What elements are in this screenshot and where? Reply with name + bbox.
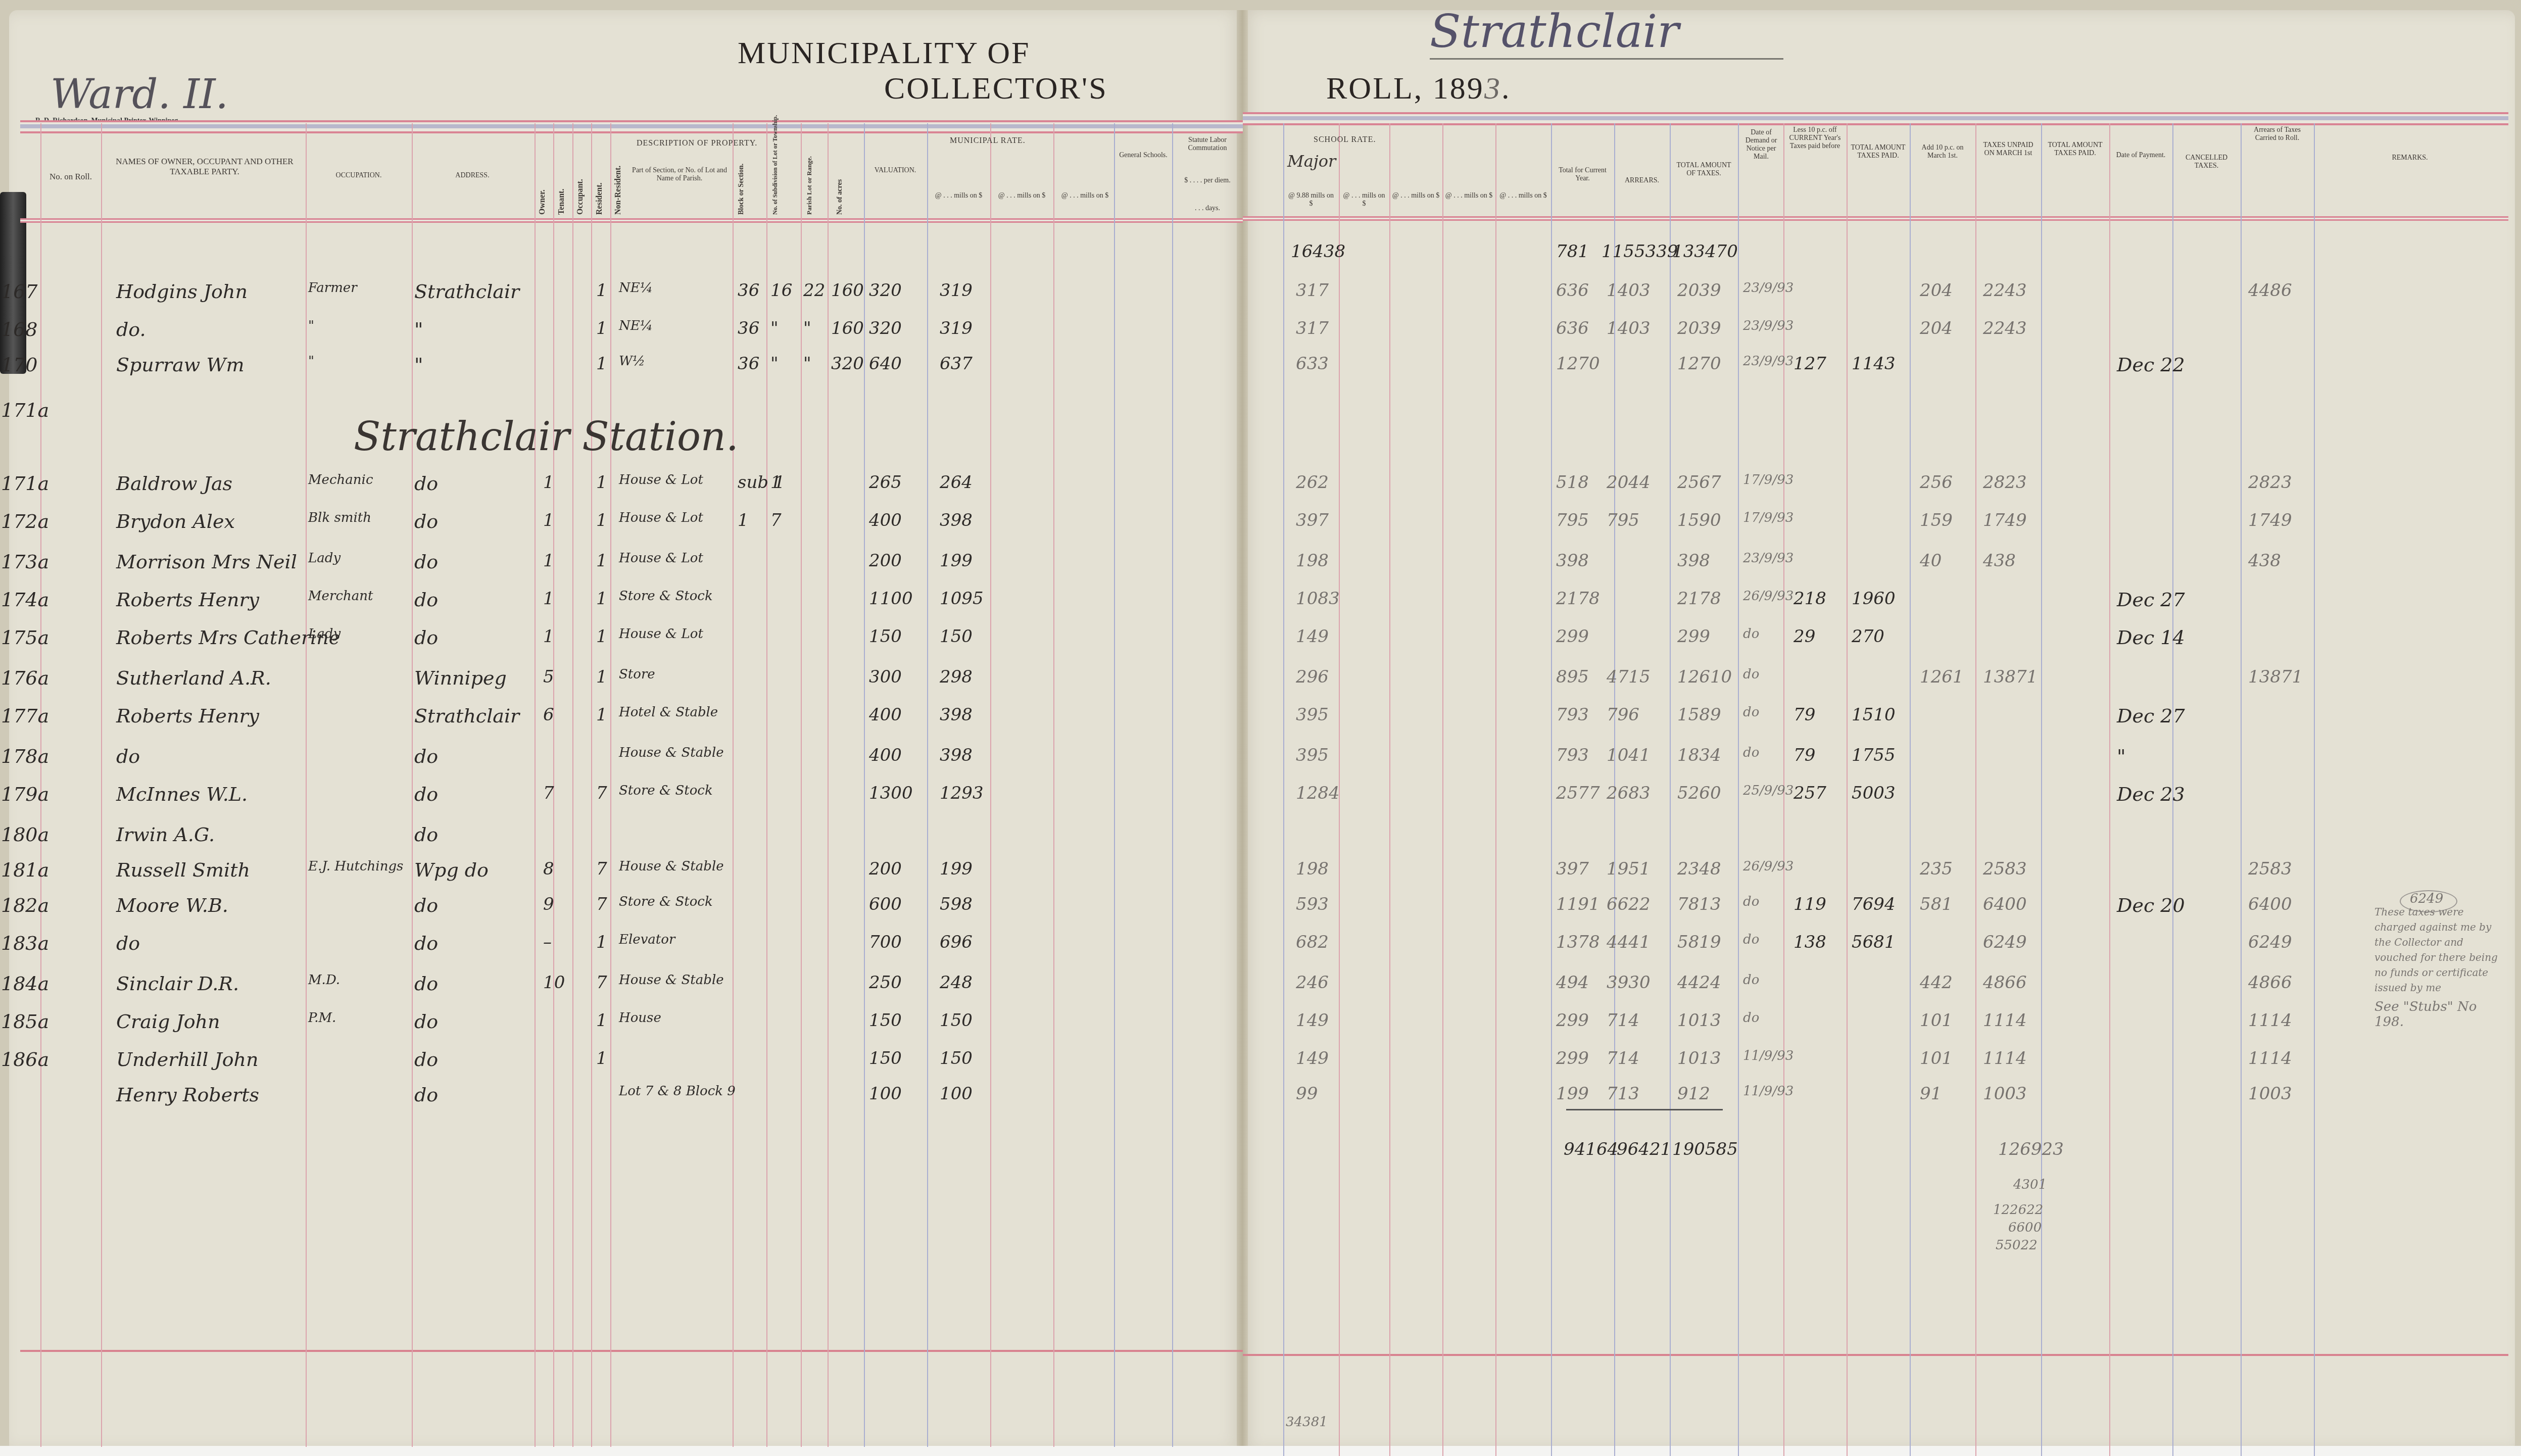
header-less-10pc: Less 10 p.c. off CURRENT Year's Taxes pa… — [1786, 126, 1844, 151]
cell-school: 317 — [1296, 318, 1329, 338]
cell-total-taxes: 1834 — [1677, 745, 1721, 765]
cell-total-current: 793 — [1556, 705, 1589, 725]
cell-municipal: 150 — [940, 1048, 973, 1069]
cell-occupation: Merchant — [308, 589, 373, 604]
cell-own: – — [543, 932, 552, 952]
cell-own: 7 — [543, 783, 554, 803]
header-occupation: OCCUPATION. — [311, 172, 407, 180]
cell-name: Irwin A.G. — [116, 823, 215, 846]
cell-roll: 179a — [1, 783, 49, 805]
cell-arrears-carried: 1003 — [2248, 1084, 2292, 1104]
cell-add10: 101 — [1920, 1048, 1953, 1069]
header-mills-2: @ . . . mills on $ — [993, 192, 1051, 200]
cell-municipal: 100 — [940, 1084, 973, 1104]
footer-rule-right — [1243, 1354, 2508, 1356]
cell-arrears: 1951 — [1607, 859, 1651, 879]
cell-part: House & Stable — [619, 973, 724, 988]
header-non-resident: Non-Resident. — [614, 166, 623, 215]
cell-name: Henry Roberts — [116, 1084, 259, 1106]
cell-demand: 26/9/93 — [1743, 589, 1793, 604]
cell-demand: do — [1743, 705, 1759, 720]
cell-total-current: 895 — [1556, 667, 1589, 687]
title-collectors: COLLECTOR'S — [884, 71, 1108, 107]
cell-school: 198 — [1296, 859, 1329, 879]
cell-res: 1 — [596, 510, 607, 530]
header-no-on-roll: No. on Roll. — [45, 172, 96, 182]
header-band-right — [1243, 112, 2508, 127]
header-date-of-payment: Date of Payment. — [2112, 152, 2170, 160]
cell-arrears: 714 — [1607, 1048, 1639, 1069]
cell-res: 1 — [596, 626, 607, 647]
cell-municipal: 264 — [940, 472, 973, 493]
cell-pay-date: Dec 14 — [2117, 626, 2185, 649]
cell-address: do — [414, 1010, 438, 1033]
roll-label: ROLL, 189 — [1326, 71, 1484, 106]
cell-address: do — [414, 745, 438, 767]
cell-municipal: 199 — [940, 551, 973, 571]
cell-demand: 26/9/93 — [1743, 859, 1793, 874]
cell-own: 1 — [543, 472, 554, 493]
cell-sub: " — [770, 354, 779, 374]
cell-unpaid: 1114 — [1983, 1048, 2027, 1069]
cell-unpaid: 13871 — [1983, 667, 2038, 687]
cell-name: Roberts Mrs Catherine — [116, 626, 340, 649]
header-no-of-acres: No. of acres — [836, 179, 844, 215]
header-total-taxes-paid-2: TOTAL AMOUNT TAXES PAID. — [2044, 141, 2107, 158]
cell-paid: 1755 — [1852, 745, 1896, 765]
cell-address: do — [414, 626, 438, 649]
cell-roll: 168 — [1, 318, 38, 341]
header-taxes-unpaid: TAXES UNPAID ON MARCH 1st — [1978, 141, 2039, 158]
cell-total-current: 518 — [1556, 472, 1589, 493]
cell-arrears-carried: 6249 — [2248, 932, 2292, 952]
cell-demand: do — [1743, 626, 1759, 642]
cell-valuation: 200 — [869, 859, 902, 879]
header-add-10pc: Add 10 p.c. on March 1st. — [1912, 144, 1973, 160]
cell-arrears: 2044 — [1607, 472, 1651, 493]
cell-less: 79 — [1793, 705, 1815, 725]
cell-name: Sinclair D.R. — [116, 973, 239, 995]
cell-own: 9 — [543, 894, 554, 914]
header-school-mills-2: @ . . . mills on $ — [1341, 192, 1387, 208]
cell-municipal: 398 — [940, 705, 973, 725]
ledger-book: MUNICIPALITY OF COLLECTOR'S ROLL, 1893. … — [0, 0, 2521, 1456]
cell-address: do — [414, 973, 438, 995]
cell-unpaid: 6249 — [1983, 932, 2027, 952]
cell-occupation: " — [308, 354, 314, 369]
remarks-note-2: See "Stubs" No 198. — [2374, 999, 2506, 1030]
cell-address: Strathclair — [414, 705, 519, 727]
cell-occupation: Mechanic — [308, 472, 373, 488]
left-page — [9, 10, 1242, 1450]
cell-arrears-carried: 1114 — [2248, 1010, 2292, 1031]
school-district-name: Major — [1287, 152, 1336, 171]
cell-paid: 7694 — [1852, 894, 1896, 914]
cell-own: 6 — [543, 705, 554, 725]
cell-valuation: 400 — [869, 510, 902, 530]
cell-arrears: 795 — [1607, 510, 1639, 530]
cell-address: do — [414, 472, 438, 495]
cell-less: 138 — [1793, 932, 1826, 952]
cell-municipal: 248 — [940, 973, 973, 993]
cell-part: W½ — [619, 354, 645, 369]
carry-arrears: 1155339 — [1602, 241, 1678, 262]
cell-res: 1 — [596, 1048, 607, 1069]
header-school-mills-4: @ . . . mills on $ — [1445, 192, 1493, 200]
cell-total-taxes: 5260 — [1677, 783, 1721, 803]
cell-address: " — [414, 318, 423, 341]
cell-unpaid: 2583 — [1983, 859, 2027, 879]
cell-part: NE¼ — [619, 280, 653, 296]
cell-part: NE¼ — [619, 318, 653, 333]
cell-school: 296 — [1296, 667, 1329, 687]
cell-occupation: " — [308, 318, 314, 333]
cell-parish: " — [803, 354, 811, 374]
cell-arrears-carried: 2583 — [2248, 859, 2292, 879]
cell-add10: 40 — [1920, 551, 1942, 571]
cell-occupation: Blk smith — [308, 510, 371, 525]
cell-total-current: 2178 — [1556, 589, 1600, 609]
cell-valuation: 250 — [869, 973, 902, 993]
cell-occupation: M.D. — [308, 973, 340, 988]
cell-municipal: 696 — [940, 932, 973, 952]
cell-own: 1 — [543, 510, 554, 530]
header-occupant: Occupant. — [576, 179, 585, 215]
cell-arrears: 6622 — [1607, 894, 1651, 914]
cell-res: 1 — [596, 705, 607, 725]
cell-part: Elevator — [619, 932, 675, 947]
cell-own: 1 — [543, 589, 554, 609]
cell-roll: 176a — [1, 667, 49, 689]
cell-roll: 171a — [1, 399, 49, 421]
cell-school: 198 — [1296, 551, 1329, 571]
book-gutter — [1237, 10, 1248, 1450]
cell-school: 682 — [1296, 932, 1329, 952]
cell-part: House & Lot — [619, 551, 703, 566]
title-municipality-of: MUNICIPALITY OF — [738, 35, 1031, 71]
cell-res: 7 — [596, 859, 607, 879]
cell-valuation: 1100 — [869, 589, 913, 609]
cell-valuation: 320 — [869, 280, 902, 301]
cell-valuation: 600 — [869, 894, 902, 914]
cell-roll: 181a — [1, 859, 49, 881]
cell-valuation: 150 — [869, 626, 902, 647]
cell-school: 593 — [1296, 894, 1329, 914]
ward-label: Ward. II. — [51, 71, 228, 118]
header-address: ADDRESS. — [417, 172, 528, 180]
cell-add10: 1261 — [1920, 667, 1964, 687]
header-resident: Resident. — [595, 182, 604, 215]
header-total-taxes-paid: TOTAL AMOUNT TAXES PAID. — [1849, 144, 1907, 160]
cell-arrears: 796 — [1607, 705, 1639, 725]
cell-arrears-carried: 4866 — [2248, 973, 2292, 993]
cell-valuation: 400 — [869, 705, 902, 725]
cell-arrears: 1403 — [1607, 318, 1651, 338]
cell-total-current: 1191 — [1556, 894, 1600, 914]
cell-block: 1 — [738, 510, 749, 530]
cell-municipal: 150 — [940, 1010, 973, 1031]
cell-less: 119 — [1793, 894, 1826, 914]
cell-name: Russell Smith — [116, 859, 250, 881]
header-names: NAMES OF OWNER, OCCUPANT AND OTHER TAXAB… — [109, 157, 301, 177]
cell-unpaid: 2243 — [1983, 318, 2027, 338]
cell-total-taxes: 12610 — [1677, 667, 1732, 687]
cell-block: 36 — [738, 280, 759, 301]
cell-pay-date: " — [2117, 745, 2125, 767]
cell-part: House — [619, 1010, 661, 1026]
cell-address: do — [414, 823, 438, 846]
cell-address: do — [414, 589, 438, 611]
cell-school: 262 — [1296, 472, 1329, 493]
cell-school: 633 — [1296, 354, 1329, 374]
cell-arrears: 4715 — [1607, 667, 1651, 687]
cell-part: Hotel & Stable — [619, 705, 718, 720]
cell-school: 395 — [1296, 705, 1329, 725]
cell-address: Winnipeg — [414, 667, 507, 689]
cell-arrears: 3930 — [1607, 973, 1651, 993]
cell-total-current: 199 — [1556, 1084, 1589, 1104]
total-unpaid: 126923 — [1998, 1139, 2064, 1159]
cell-municipal: 637 — [940, 354, 973, 374]
header-part-of-section: Part of Section, or No. of Lot and Name … — [629, 167, 730, 183]
cell-roll: 178a — [1, 745, 49, 767]
cell-roll: 170 — [1, 354, 38, 376]
cell-demand: 17/9/93 — [1743, 472, 1793, 488]
cell-own: 1 — [543, 551, 554, 571]
cell-total-taxes: 1590 — [1677, 510, 1721, 530]
cell-valuation: 265 — [869, 472, 902, 493]
cell-school: 99 — [1296, 1084, 1318, 1104]
total-arrears: 96421 — [1617, 1139, 1671, 1159]
cell-part: House & Lot — [619, 472, 703, 488]
cell-demand: do — [1743, 745, 1759, 760]
header-total-current-year: Total for Current Year. — [1554, 167, 1612, 183]
cell-own: 10 — [543, 973, 565, 993]
carry-total-current: 781 — [1556, 241, 1589, 262]
cell-roll: 171a — [1, 472, 49, 495]
header-date-of-demand: Date of Demand or Notice per Mail. — [1740, 129, 1782, 161]
footer-number: 34381 — [1286, 1415, 1328, 1430]
cell-arrears: 1041 — [1607, 745, 1651, 765]
cell-roll: 182a — [1, 894, 49, 916]
cell-name: Roberts Henry — [116, 589, 259, 611]
cell-unpaid: 2243 — [1983, 280, 2027, 301]
cell-add10: 235 — [1920, 859, 1953, 879]
cell-name: Brydon Alex — [116, 510, 235, 532]
cell-arrears-carried: 13871 — [2248, 667, 2303, 687]
header-arrears-carried: Arrears of Taxes Carried to Roll. — [2243, 126, 2311, 142]
cell-name: do — [116, 745, 140, 767]
cell-sub: 1 — [770, 472, 782, 493]
header-arrears: ARREARS. — [1617, 177, 1667, 185]
cell-res: 1 — [596, 1010, 607, 1031]
cell-address: do — [414, 932, 438, 954]
cell-paid: 270 — [1852, 626, 1884, 647]
cell-valuation: 700 — [869, 932, 902, 952]
cell-arrears-carried: 2823 — [2248, 472, 2292, 493]
cell-demand: do — [1743, 973, 1759, 988]
cell-total-taxes: 2348 — [1677, 859, 1721, 879]
cell-roll: 185a — [1, 1010, 49, 1033]
side-calc-3: 6600 — [2008, 1220, 2042, 1235]
cell-valuation: 1300 — [869, 783, 913, 803]
cell-add10: 581 — [1920, 894, 1953, 914]
cell-occupation: Lady — [308, 551, 341, 566]
cell-valuation: 640 — [869, 354, 902, 374]
total-current-year: 94164 — [1564, 1139, 1618, 1159]
cell-demand: 25/9/93 — [1743, 783, 1793, 798]
cell-part: Store — [619, 667, 655, 682]
cell-total-current: 636 — [1556, 318, 1589, 338]
cell-add10: 101 — [1920, 1010, 1953, 1031]
cell-demand: do — [1743, 894, 1759, 909]
cell-total-current: 1378 — [1556, 932, 1600, 952]
cell-total-taxes: 398 — [1677, 551, 1710, 571]
cell-municipal: 150 — [940, 626, 973, 647]
title-roll-year: ROLL, 1893. — [1326, 71, 1511, 107]
cell-unpaid: 438 — [1983, 551, 2016, 571]
cell-name: Spurraw Wm — [116, 354, 245, 376]
header-cancelled-taxes: CANCELLED TAXES. — [2175, 154, 2238, 170]
cell-school: 1083 — [1296, 589, 1340, 609]
cell-acres: 320 — [831, 354, 864, 374]
cell-demand: 11/9/93 — [1743, 1084, 1793, 1099]
cell-municipal: 319 — [940, 318, 973, 338]
remarks-note: These taxes were charged against me by t… — [2374, 904, 2506, 1030]
cell-res: 1 — [596, 667, 607, 687]
cell-municipal: 598 — [940, 894, 973, 914]
cell-valuation: 100 — [869, 1084, 902, 1104]
header-mills-3: @ . . . mills on $ — [1056, 192, 1114, 200]
cell-pay-date: Dec 27 — [2117, 589, 2185, 611]
cell-roll: 186a — [1, 1048, 49, 1071]
cell-paid: 1510 — [1852, 705, 1896, 725]
school-rate-value: @ 9.88 mills on $ — [1286, 192, 1336, 208]
cell-total-taxes: 1013 — [1677, 1010, 1721, 1031]
cell-less: 257 — [1793, 783, 1826, 803]
cell-municipal: 319 — [940, 280, 973, 301]
cell-roll: 183a — [1, 932, 49, 954]
cell-demand: 11/9/93 — [1743, 1048, 1793, 1063]
cell-demand: 23/9/93 — [1743, 354, 1793, 369]
cell-total-current: 299 — [1556, 626, 1589, 647]
carry-school: 16438 — [1291, 241, 1345, 262]
cell-acres: 160 — [831, 318, 864, 338]
cell-res: 1 — [596, 472, 607, 493]
cell-part: Store & Stock — [619, 894, 713, 909]
cell-address: do — [414, 1048, 438, 1071]
cell-paid: 5003 — [1852, 783, 1896, 803]
cell-arrears-carried: 438 — [2248, 551, 2281, 571]
cell-total-taxes: 2039 — [1677, 318, 1721, 338]
cell-school: 1284 — [1296, 783, 1340, 803]
cell-parish: 22 — [803, 280, 825, 301]
cell-unpaid: 1114 — [1983, 1010, 2027, 1031]
cell-part: House & Stable — [619, 745, 724, 760]
cell-arrears-carried: 4486 — [2248, 280, 2292, 301]
cell-arrears: 714 — [1607, 1010, 1639, 1031]
cell-paid: 1143 — [1852, 354, 1896, 374]
cell-municipal: 398 — [940, 510, 973, 530]
cell-name: do — [116, 932, 140, 954]
cell-school: 395 — [1296, 745, 1329, 765]
cell-address: Strathclair — [414, 280, 519, 303]
cell-add10: 91 — [1920, 1084, 1942, 1104]
cell-less: 218 — [1793, 589, 1826, 609]
roll-year-digit: 3 — [1484, 71, 1501, 106]
cell-res: 1 — [596, 354, 607, 374]
cell-pay-date: Dec 23 — [2117, 783, 2185, 805]
cell-name: Roberts Henry — [116, 705, 259, 727]
cell-total-current: 397 — [1556, 859, 1589, 879]
cell-paid: 1960 — [1852, 589, 1896, 609]
cell-name: Morrison Mrs Neil — [116, 551, 297, 573]
cell-demand: 17/9/93 — [1743, 510, 1793, 525]
cell-part: Store & Stock — [619, 589, 713, 604]
cell-valuation: 400 — [869, 745, 902, 765]
cell-total-current: 1270 — [1556, 354, 1600, 374]
header-mills-1: @ . . . mills on $ — [930, 192, 988, 200]
cell-res: 1 — [596, 318, 607, 338]
cell-less: 127 — [1793, 354, 1826, 374]
cell-add10: 442 — [1920, 973, 1953, 993]
cell-roll: 177a — [1, 705, 49, 727]
header-statute-days: . . . days. — [1175, 205, 1240, 213]
cell-roll: 173a — [1, 551, 49, 573]
cell-unpaid: 6400 — [1983, 894, 2027, 914]
cell-municipal: 1293 — [940, 783, 984, 803]
cell-address: " — [414, 354, 423, 376]
cell-name: Moore W.B. — [116, 894, 228, 916]
cell-municipal: 298 — [940, 667, 973, 687]
cell-arrears: 4441 — [1607, 932, 1651, 952]
cell-roll: 184a — [1, 973, 49, 995]
cell-name: Craig John — [116, 1010, 220, 1033]
cell-res: 7 — [596, 783, 607, 803]
cell-acres: 160 — [831, 280, 864, 301]
header-parish-lot: Parish Lot or Range. — [805, 156, 813, 215]
cell-municipal: 199 — [940, 859, 973, 879]
cell-unpaid: 1003 — [1983, 1084, 2027, 1104]
municipality-underline — [1430, 58, 1783, 60]
cell-occupation: E.J. Hutchings — [308, 859, 403, 874]
header-total-amount-taxes: TOTAL AMOUNT OF TAXES. — [1672, 162, 1735, 178]
right-page — [1242, 10, 2515, 1450]
cell-school: 317 — [1296, 280, 1329, 301]
cell-total-current: 636 — [1556, 280, 1589, 301]
cell-demand: 23/9/93 — [1743, 551, 1793, 566]
cell-total-taxes: 7813 — [1677, 894, 1721, 914]
cell-roll: 175a — [1, 626, 49, 649]
cell-total-current: 299 — [1556, 1010, 1589, 1031]
cell-total-taxes: 1013 — [1677, 1048, 1721, 1069]
cell-arrears-carried: 6400 — [2248, 894, 2292, 914]
cell-name: Hodgins John — [116, 280, 248, 303]
cell-part: House & Lot — [619, 510, 703, 525]
cell-roll: 174a — [1, 589, 49, 611]
side-calc-4: 55022 — [1996, 1238, 2038, 1253]
cell-res: 1 — [596, 932, 607, 952]
cell-total-taxes: 2039 — [1677, 280, 1721, 301]
cell-less: 29 — [1793, 626, 1815, 647]
cell-part: Store & Stock — [619, 783, 713, 798]
cell-occupation: Lady — [308, 626, 341, 642]
cell-add10: 204 — [1920, 280, 1953, 301]
cell-own: 8 — [543, 859, 554, 879]
scan-border — [0, 1446, 2521, 1456]
header-block-section: Block or Section. — [738, 164, 746, 215]
cell-part: House & Lot — [619, 626, 703, 642]
